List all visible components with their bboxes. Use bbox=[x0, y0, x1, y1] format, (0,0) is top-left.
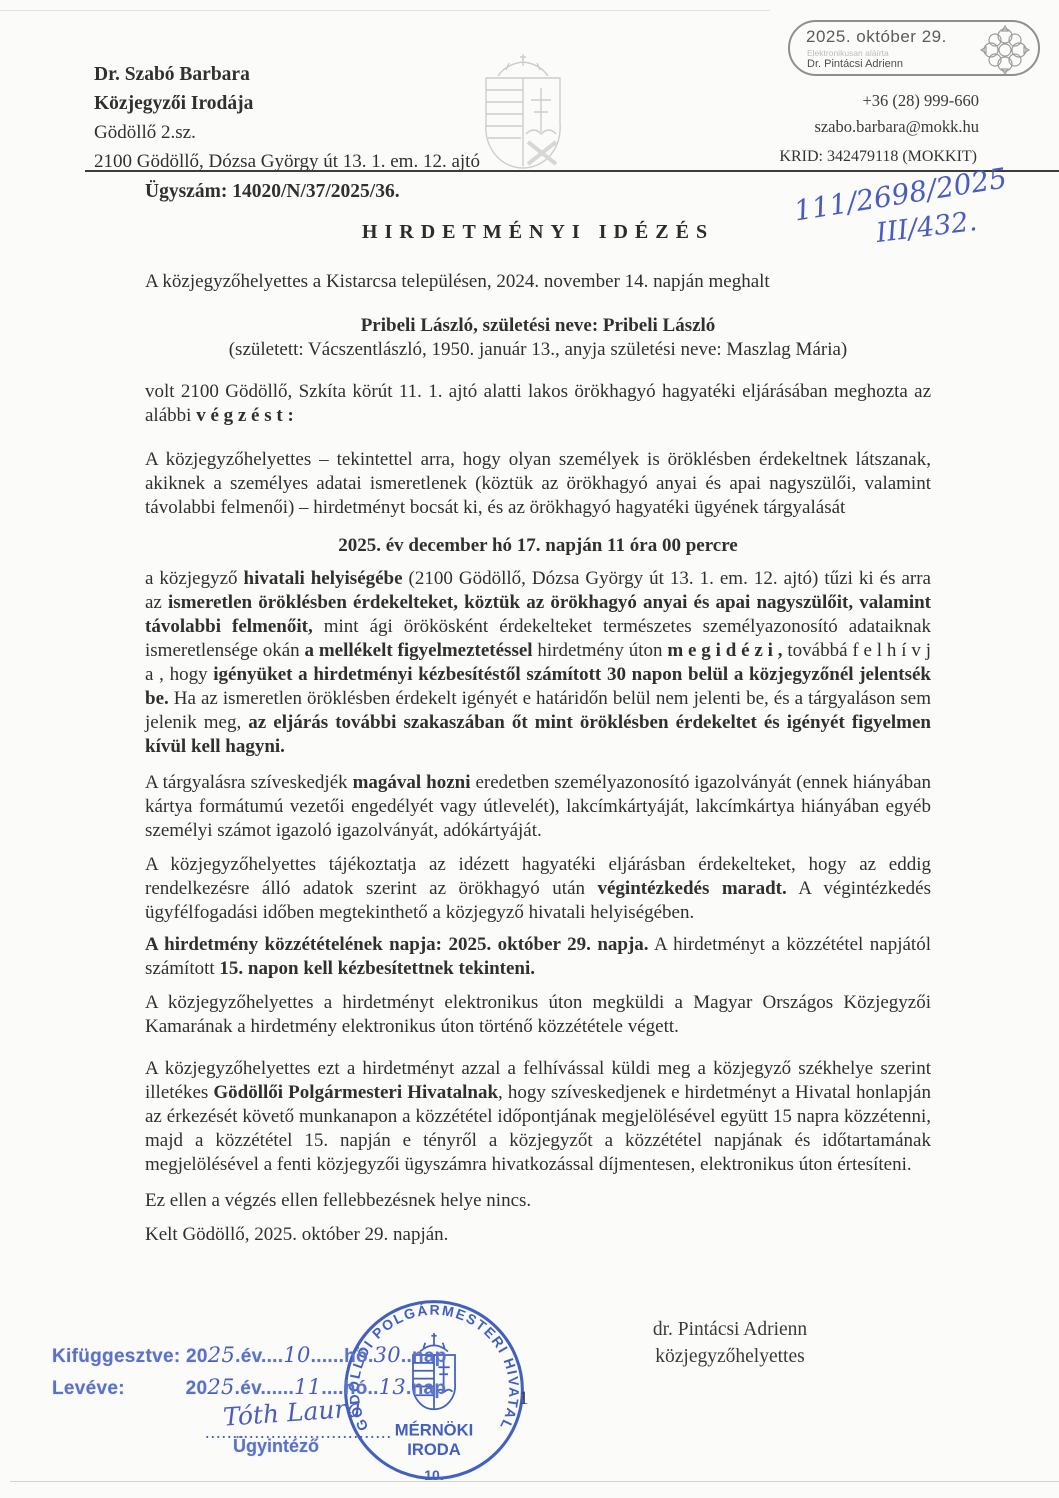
posted-date-line: Kifüggesztve: 2025.év....10......hó.30..… bbox=[52, 1340, 447, 1372]
deceased-birth-data: (született: Vácszentlászló, 1950. január… bbox=[145, 338, 931, 362]
notary-office-block: Dr. Szabó Barbara Közjegyzői Irodája Göd… bbox=[94, 60, 480, 176]
krid-number: KRID: 342479118 (MOKKIT) bbox=[779, 148, 977, 166]
document-title: HIRDETMÉNYI IDÉZÉS bbox=[145, 221, 931, 244]
scanned-notary-document: Dr. Szabó Barbara Közjegyzői Irodája Göd… bbox=[0, 0, 1059, 1498]
phone-number: +36 (28) 999-660 bbox=[814, 88, 979, 114]
contact-block: +36 (28) 999-660 szabo.barbara@mokk.hu bbox=[814, 88, 979, 140]
paragraph-grounds: A közjegyzőhelyettes – tekintettel arra,… bbox=[145, 448, 931, 520]
clerk-role-label: Ügyintéző bbox=[233, 1436, 319, 1457]
notary-office-title: Közjegyzői Irodája bbox=[94, 89, 480, 118]
esign-date-stamp: 2025. október 29. Elektronikusan aláírta… bbox=[788, 20, 1040, 76]
header-divider bbox=[85, 170, 1059, 172]
page-number: 1 bbox=[519, 1388, 529, 1410]
signer-role: közjegyzőhelyettes bbox=[610, 1343, 850, 1370]
paragraph-no-appeal: Ez ellen a végzés ellen fellebbezésnek h… bbox=[145, 1189, 931, 1213]
removed-date-line: Levéve: 2025.év......11....hó..13.nap bbox=[52, 1372, 447, 1404]
notary-office-seat: Gödöllő 2.sz. bbox=[94, 118, 480, 147]
paragraph-publication-date: A hirdetmény közzétételének napja: 2025.… bbox=[145, 933, 931, 981]
paragraph-mokk: A közjegyzőhelyettes a hirdetményt elekt… bbox=[145, 991, 931, 1039]
paragraph-intro: A közjegyzőhelyettes a Kistarcsa települ… bbox=[145, 270, 931, 294]
esign-note: Elektronikusan aláírta bbox=[807, 48, 889, 58]
scan-artifact-line bbox=[0, 10, 770, 11]
posting-dates-stamp: Kifüggesztve: 2025.év....10......hó.30..… bbox=[52, 1340, 447, 1404]
svg-text:MÉRNÖKI: MÉRNÖKI bbox=[395, 1421, 473, 1440]
signer-name: dr. Pintácsi Adrienn bbox=[610, 1316, 850, 1343]
svg-text:IRODA: IRODA bbox=[407, 1440, 461, 1459]
case-number: Ügyszám: 14020/N/37/2025/36. bbox=[145, 181, 400, 203]
signer-block: dr. Pintácsi Adrienn közjegyzőhelyettes bbox=[610, 1316, 850, 1370]
paragraph-date-of-issue: Kelt Gödöllő, 2025. október 29. napján. bbox=[145, 1223, 931, 1247]
notary-name: Dr. Szabó Barbara bbox=[94, 60, 480, 89]
esign-date: 2025. október 29. bbox=[806, 27, 947, 47]
email-address: szabo.barbara@mokk.hu bbox=[814, 114, 979, 140]
deceased-name: Pribeli László, születési neve: Pribeli … bbox=[145, 314, 931, 338]
paragraph-testament-info: A közjegyzőhelyettes tájékoztatja az idé… bbox=[145, 853, 931, 925]
paragraph-summons: a közjegyző hivatali helyiségébe (2100 G… bbox=[145, 567, 931, 759]
hungary-coat-of-arms-icon bbox=[468, 52, 578, 174]
scan-artifact-bottom-line bbox=[10, 1481, 1059, 1482]
hearing-datetime: 2025. év december hó 17. napján 11 óra 0… bbox=[145, 534, 931, 558]
rosette-seal-icon bbox=[978, 23, 1032, 77]
esign-signer: Dr. Pintácsi Adrienn bbox=[807, 58, 903, 70]
paragraph-municipality: A közjegyzőhelyettes ezt a hirdetményt a… bbox=[145, 1057, 931, 1177]
paragraph-residence: volt 2100 Gödöllő, Szkíta körút 11. 1. a… bbox=[145, 380, 931, 428]
document-body: A közjegyzőhelyettes a Kistarcsa települ… bbox=[145, 270, 931, 1247]
paragraph-documents-to-bring: A tárgyalásra szíveskedjék magával hozni… bbox=[145, 771, 931, 843]
